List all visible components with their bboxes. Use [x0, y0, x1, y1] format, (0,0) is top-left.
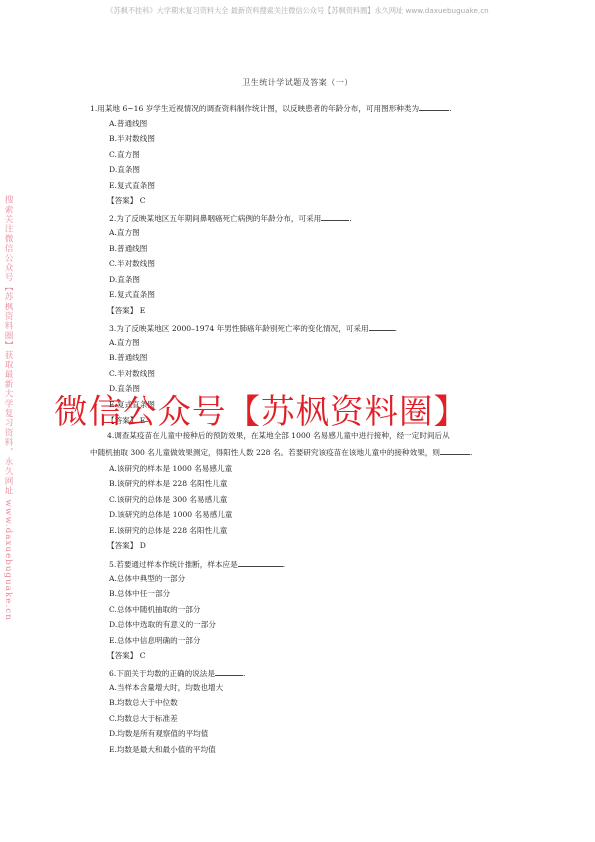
answer-blank — [215, 667, 243, 676]
option: E.复式直条图 — [109, 290, 155, 300]
option: A.普通线图 — [109, 119, 147, 129]
option: A.直方图 — [109, 338, 140, 348]
answer-blank — [238, 558, 283, 567]
option: B.半对数线图 — [109, 134, 155, 144]
option: E.均数是最大和最小值的平均值 — [109, 745, 216, 755]
answer-blank — [369, 322, 395, 331]
question-stem: 5.若要通过样本作统计推断，样本应是. — [109, 558, 285, 570]
option: D.直条图 — [109, 165, 140, 175]
watermark-overlay: 微信公众号【苏枫资料圈】 — [54, 392, 468, 432]
option: E.复式直条图 — [109, 181, 155, 191]
answer-line: 【答案】 D — [107, 541, 146, 551]
question-stem: 3.为了反映某地区 2000–1974 年男性肺癌年龄别死亡率的变化情况，可采用… — [109, 322, 397, 334]
option: A.当样本含量增大时，均数也增大 — [109, 683, 223, 693]
answer-line: 【答案】 E — [107, 306, 145, 316]
option: D.总体中选取的有意义的一部分 — [109, 620, 216, 630]
answer-blank — [440, 446, 470, 455]
answer-value: C — [140, 196, 146, 205]
option: A.该研究的样本是 1000 名易感儿童 — [109, 464, 232, 474]
option: A.直方图 — [109, 228, 140, 238]
answer-blank — [419, 102, 449, 111]
option: A.总体中典型的一部分 — [109, 574, 185, 584]
side-watermark: 搜索关注微信公众号【苏枫资料圈】获取最新大学复习资料，永久网址 www.daxu… — [4, 195, 14, 621]
option: B.该研究的样本是 228 名阳性儿童 — [109, 479, 227, 489]
option: C.均数总大于标准差 — [109, 714, 178, 724]
answer-line: 【答案】 C — [107, 651, 146, 661]
option: B.普通线图 — [109, 244, 147, 254]
question-stem: 2.为了反映某地区五年期间鼻咽癌死亡病例的年龄分布，可采用. — [109, 212, 352, 224]
option: B.普通线图 — [109, 353, 147, 363]
option: C.该研究的总体是 300 名易感儿童 — [109, 495, 227, 505]
answer-value: C — [140, 651, 146, 660]
option: B.均数总大于中位数 — [109, 698, 178, 708]
page-title: 卫生统计学试题及答案（一） — [0, 77, 595, 88]
option: C.总体中随机抽取的一部分 — [109, 605, 200, 615]
option: E.该研究的总体是 228 名阳性儿童 — [109, 526, 227, 536]
question-stem-continued: 中随机抽取 300 名儿童做效果测定，得阳性人数 228 名。若要研究该疫苗在该… — [90, 446, 472, 458]
option: B.总体中任一部分 — [109, 589, 170, 599]
option: C.直方图 — [109, 150, 140, 160]
question-stem: 1.用某地 6~16 岁学生近视情况的调查资料制作统计图，以反映患者的年龄分布，… — [90, 102, 452, 114]
option: E.总体中信息明确的一部分 — [109, 636, 201, 646]
header-banner: 《苏枫不挂科》大学期末复习资料大全 最新资料搜索关注微信公众号【苏枫资料圈】永久… — [0, 6, 595, 16]
answer-value: E — [140, 306, 146, 315]
answer-line: 【答案】 C — [107, 196, 146, 206]
option: D.该研究的总体是 1000 名易感儿童 — [109, 510, 233, 520]
option: C.半对数线图 — [109, 369, 155, 379]
question-stem: 6.下面关于均数的正确的说法是. — [109, 667, 245, 679]
question-stem: 4.调查某疫苗在儿童中接种后的预防效果，在某地全部 1000 名易感儿童中进行接… — [107, 431, 450, 441]
option: C.半对数线图 — [109, 259, 155, 269]
answer-blank — [321, 212, 349, 221]
answer-value: D — [140, 541, 146, 550]
option: D.均数是所有观察值的平均值 — [109, 729, 208, 739]
option: D.直条图 — [109, 275, 140, 285]
